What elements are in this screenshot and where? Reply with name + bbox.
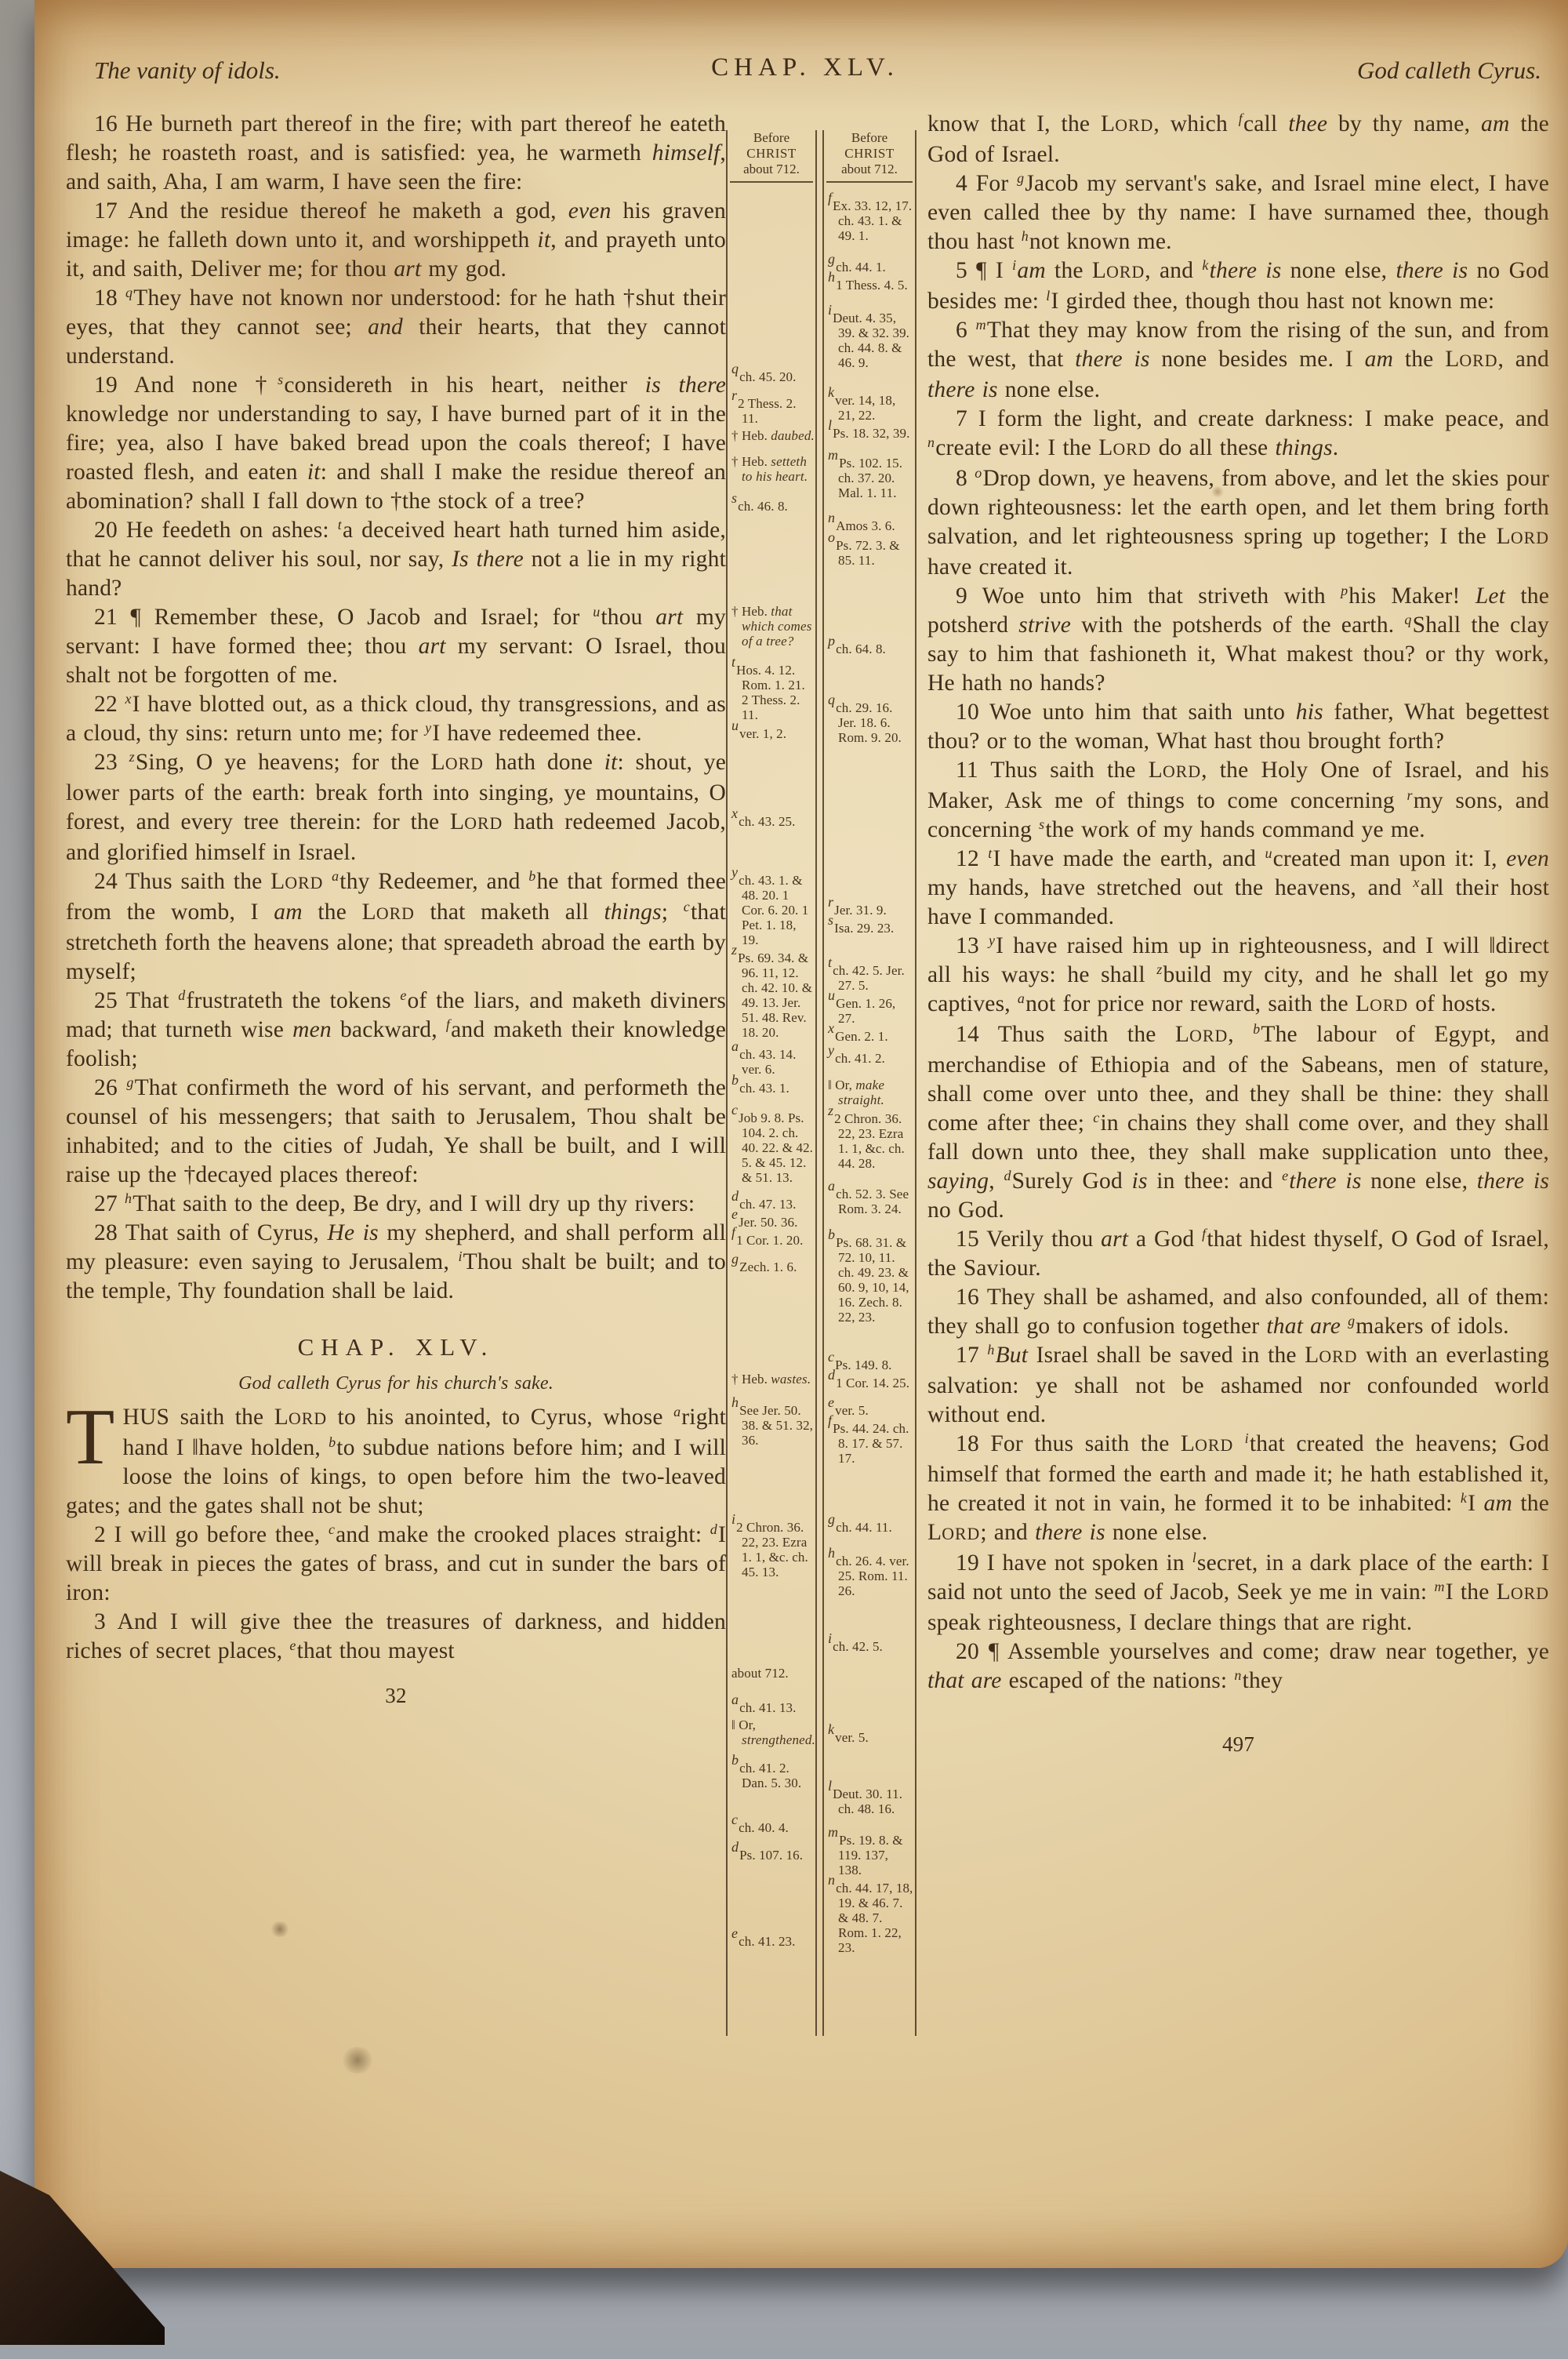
reference-letter: k <box>828 384 834 400</box>
margin-reference: nAmos 3. 6. <box>828 518 914 533</box>
reference-letter: y <box>989 932 995 948</box>
reference-letter: b <box>328 1434 336 1450</box>
verse: 14 Thus saith the LORD, bThe labour of E… <box>927 1020 1549 1225</box>
reference-letter: l <box>1046 288 1050 304</box>
reference-letter: d <box>731 1188 739 1204</box>
divine-name: LORD <box>1497 524 1549 549</box>
reference-letter: i <box>1245 1430 1249 1446</box>
verse: 8 oDrop down, ye heavens, from above, an… <box>927 464 1549 582</box>
verse: 5 ¶ I iam the LORD, and kthere is none e… <box>927 256 1549 316</box>
reference-letter: a <box>1018 990 1025 1006</box>
margin-reference: sch. 46. 8. <box>731 498 815 514</box>
verse: 21 ¶ Remember these, O Jacob and Israel;… <box>66 603 726 690</box>
margin-reference: tHos. 4. 12. Rom. 1. 21. 2 Thess. 2. 11. <box>731 662 815 722</box>
verse: 4 For gJacob my servant's sake, and Isra… <box>927 169 1549 256</box>
column-rule-double <box>815 130 824 2036</box>
margin-reference: † Heb. setteth to his heart. <box>731 454 815 484</box>
verse: 20 He feedeth on ashes: ta deceived hear… <box>66 516 726 603</box>
reference-letter: h <box>125 1190 132 1206</box>
reference-letter: u <box>1265 845 1272 861</box>
divine-name: LORD <box>1305 1343 1357 1368</box>
margin-reference: † Heb. that which comes of a tree? <box>731 604 815 649</box>
reference-letter: d <box>1004 1168 1011 1183</box>
divine-name: LORD <box>1092 258 1145 283</box>
reference-letter: h <box>828 1545 835 1561</box>
reference-letter: s <box>828 912 833 928</box>
margin-reference: kver. 5. <box>828 1729 914 1745</box>
margin-reference: sIsa. 29. 23. <box>828 920 914 936</box>
bible-page: The vanity of idols. CHAP. XLV. God call… <box>34 0 1568 2268</box>
margin-reference: uGen. 1. 26, 27. <box>828 995 914 1026</box>
margin-reference: f1 Cor. 1. 20. <box>731 1232 815 1248</box>
verse: 16 They shall be ashamed, and also confo… <box>927 1283 1549 1341</box>
margin-reference: uver. 1, 2. <box>731 725 815 741</box>
margin-reference: dch. 47. 13. <box>731 1196 815 1212</box>
reference-letter: r <box>828 894 833 910</box>
margin-reference: r2 Thess. 2. 11. <box>731 395 815 426</box>
margin-reference: pch. 64. 8. <box>828 641 914 656</box>
reference-letter: h <box>828 269 835 285</box>
margin-reference: ych. 43. 1. & 48. 20. 1 Cor. 6. 20. 1 Pe… <box>731 872 815 947</box>
margin-reference: † Heb. wastes. <box>731 1372 815 1387</box>
reference-letter: c <box>731 1812 738 1827</box>
verse: 18 For thus saith the LORD ithat created… <box>927 1430 1549 1549</box>
reference-letter: e <box>1282 1168 1288 1183</box>
divine-name: LORD <box>450 809 503 834</box>
reference-letter: l <box>828 1778 832 1794</box>
chapter-subtitle: God calleth Cyrus for his church's sake. <box>66 1369 726 1398</box>
reference-letter: z <box>731 942 737 958</box>
reference-letter: s <box>278 372 283 387</box>
reference-letter: p <box>1341 583 1348 598</box>
verse: 17 hBut Israel shall be saved in the LOR… <box>927 1341 1549 1430</box>
margin-reference: ever. 5. <box>828 1402 914 1418</box>
reference-letter: t <box>828 954 832 970</box>
reference-letter: z <box>828 1103 833 1118</box>
margin-reference: oPs. 72. 3. & 85. 11. <box>828 537 914 568</box>
reference-letter: g <box>828 251 835 267</box>
reference-letter: k <box>828 1721 834 1737</box>
reference-letter: r <box>1406 787 1412 803</box>
margin-reference: z2 Chron. 36. 22, 23. Ezra 1. 1, &c. ch.… <box>828 1110 914 1171</box>
divine-name: LORD <box>362 900 415 925</box>
reference-letter: x <box>1413 874 1419 890</box>
reference-letter: s <box>1039 816 1044 832</box>
isaiah-45-verses-start: THUS saith the LORD to his anointed, to … <box>66 1403 726 1666</box>
chapter-title: CHAP. XLV. <box>66 1332 726 1361</box>
book-spine-edge <box>0 0 39 2325</box>
margin-reference: gch. 44. 11. <box>828 1519 914 1535</box>
reference-letter: d <box>710 1521 717 1537</box>
left-text-column: 16 He burneth part thereof in the fire; … <box>66 110 726 2070</box>
margin-reference: ech. 41. 23. <box>731 1933 815 1949</box>
reference-letter: g <box>731 1251 739 1267</box>
reference-letter: x <box>731 805 738 821</box>
verse: 28 That saith of Cyrus, He is my shepher… <box>66 1219 726 1306</box>
verse: 20 ¶ Assemble yourselves and come; draw … <box>927 1637 1549 1696</box>
reference-letter: b <box>528 868 535 884</box>
verse: 25 That dfrustrateth the tokens eof the … <box>66 987 726 1074</box>
margin-reference: xch. 43. 25. <box>731 813 815 829</box>
margin-reference: qch. 29. 16. Jer. 18. 6. Rom. 9. 20. <box>828 700 914 745</box>
reference-letter: q <box>1404 612 1411 627</box>
reference-letter: h <box>731 1394 739 1410</box>
reference-letter: k <box>1461 1490 1467 1506</box>
reference-letter: f <box>828 1412 832 1428</box>
reference-letter: i <box>1012 257 1016 273</box>
verse: 2 I will go before thee, cand make the c… <box>66 1521 726 1608</box>
reference-letter: c <box>731 1102 738 1118</box>
page-number: 497 <box>927 1730 1549 1759</box>
margin-reference: ach. 52. 3. See Rom. 3. 24. <box>828 1186 914 1216</box>
reference-letter: i <box>731 1511 735 1527</box>
margin-reference: ach. 41. 13. <box>731 1699 815 1715</box>
reference-letter: c <box>828 1349 834 1365</box>
running-head: The vanity of idols. CHAP. XLV. God call… <box>66 56 1544 94</box>
verse: 26 gThat confirmeth the word of his serv… <box>66 1074 726 1190</box>
margin-reference: rJer. 31. 9. <box>828 902 914 918</box>
verse: 7 I form the light, and create darkness:… <box>927 405 1549 464</box>
reference-letter: n <box>1234 1667 1241 1683</box>
reference-letter: g <box>1017 170 1024 186</box>
reference-letter: p <box>828 633 835 649</box>
margin-reference: zPs. 69. 34. & 96. 11, 12. ch. 42. 10. &… <box>731 950 815 1040</box>
reference-letter: d <box>828 1367 835 1383</box>
margin-reference: ‖ Or, strengthened. <box>731 1717 815 1747</box>
signature-mark: 32 <box>66 1681 726 1710</box>
margin-reference: cch. 40. 4. <box>731 1819 815 1835</box>
margin-reference: tch. 42. 5. Jer. 27. 5. <box>828 962 914 993</box>
reference-letter: t <box>988 845 992 861</box>
reference-letter: q <box>731 361 739 376</box>
reference-letter: a <box>332 868 339 884</box>
reference-letter: y <box>828 1042 834 1058</box>
reference-letter: f <box>828 190 832 205</box>
margin-reference: lDeut. 30. 11. ch. 48. 16. <box>828 1786 914 1816</box>
divine-name: LORD <box>1149 758 1201 783</box>
margin-reference: fEx. 33. 12, 17. ch. 43. 1. & 49. 1. <box>828 198 914 243</box>
reference-letter: g <box>828 1511 835 1527</box>
margin-reference: ych. 41. 2. <box>828 1050 914 1066</box>
margin-reference: eJer. 50. 36. <box>731 1214 815 1230</box>
verse: 9 Woe unto him that striveth with phis M… <box>927 582 1549 698</box>
reference-letter: y <box>425 720 431 736</box>
reference-letter: o <box>828 529 835 545</box>
reference-letter: a <box>731 1038 739 1054</box>
verse: 15 Verily thou art a God fthat hidest th… <box>927 1225 1549 1283</box>
reference-letter: u <box>593 604 600 620</box>
verse: 27 hThat saith to the deep, Be dry, and … <box>66 1190 726 1219</box>
reference-letter: u <box>828 987 835 1003</box>
verse: 6 mThat they may know from the rising of… <box>927 316 1549 405</box>
margin-reference: nch. 44. 17, 18, 19. & 46. 7. & 48. 7. R… <box>828 1880 914 1955</box>
margin-reference: hch. 26. 4. ver. 25. Rom. 11. 26. <box>828 1553 914 1598</box>
reference-letter: m <box>976 317 986 333</box>
reference-letter: g <box>126 1074 133 1090</box>
divine-name: LORD <box>1101 111 1153 136</box>
isaiah-44-verses: 16 He burneth part thereof in the fire; … <box>66 110 726 1306</box>
reference-letter: e <box>400 987 406 1003</box>
verse: 17 And the residue thereof he maketh a g… <box>66 197 726 284</box>
divine-name: LORD <box>1175 1022 1228 1047</box>
reference-letter: k <box>1202 257 1208 273</box>
reference-letter: e <box>828 1394 834 1410</box>
reference-letter: h <box>987 1342 994 1358</box>
reference-letter: n <box>927 434 935 450</box>
reference-letter: f <box>446 1016 450 1032</box>
reference-letter: n <box>828 1872 835 1888</box>
chapter-heading: CHAP. XLV. God calleth Cyrus for his chu… <box>66 1332 726 1398</box>
margin-reference: d1 Cor. 14. 25. <box>828 1375 914 1390</box>
reference-letter: i <box>828 1630 832 1646</box>
margin-reference: cJob 9. 8. Ps. 104. 2. ch. 40. 22. & 42.… <box>731 1110 815 1185</box>
reference-letter: x <box>828 1020 834 1036</box>
verse: 22 xI have blotted out, as a thick cloud… <box>66 690 726 748</box>
margin-references-left: BeforeCHRISTabout 712.qch. 45. 20.r2 The… <box>728 110 815 2070</box>
reference-letter: f <box>1202 1226 1206 1241</box>
verse: 13 yI have raised him up in righteousnes… <box>927 932 1549 1020</box>
reference-letter: n <box>828 510 835 525</box>
margin-reference: qch. 45. 20. <box>731 369 815 384</box>
reference-letter: m <box>1434 1579 1444 1594</box>
verse: 19 I have not spoken in lsecret, in a da… <box>927 1549 1549 1637</box>
right-text-column: know that I, the LORD, which fcall thee … <box>916 110 1549 2070</box>
reference-letter: o <box>975 465 982 481</box>
reference-letter: y <box>731 864 738 880</box>
margin-reference: gch. 44. 1. <box>828 259 914 274</box>
margin-references-right: BeforeCHRISTabout 712.fEx. 33. 12, 17. c… <box>824 110 915 2070</box>
reference-letter: a <box>828 1178 835 1194</box>
margin-reference: mPs. 102. 15. ch. 37. 20. Mal. 1. 11. <box>828 455 914 500</box>
reference-letter: b <box>828 1227 835 1242</box>
reference-letter: d <box>731 1839 739 1855</box>
verse-continuation: know that I, the LORD, which fcall thee … <box>927 110 1549 169</box>
margin-reference: ‖ Or, make straight. <box>828 1078 914 1107</box>
divine-name: LORD <box>1445 347 1497 372</box>
verse: 10 Woe unto him that saith unto his fath… <box>927 698 1549 756</box>
divine-name: LORD <box>927 1520 980 1545</box>
reference-letter: t <box>338 517 342 533</box>
margin-reference: dPs. 107. 16. <box>731 1847 815 1863</box>
margin-reference: ach. 43. 14. ver. 6. <box>731 1046 815 1077</box>
reference-letter: m <box>828 1824 838 1840</box>
reference-letter: a <box>731 1692 739 1707</box>
margin-reference: gZech. 1. 6. <box>731 1259 815 1274</box>
reference-letter: f <box>731 1224 735 1240</box>
verse: THUS saith the LORD to his anointed, to … <box>66 1403 726 1521</box>
reference-letter: d <box>178 987 185 1003</box>
reference-letter: t <box>731 654 735 670</box>
reference-letter: r <box>731 387 737 403</box>
reference-letter: b <box>1253 1021 1260 1037</box>
verse: 19 And none †sconsidereth in his heart, … <box>66 371 726 516</box>
divine-name: LORD <box>431 750 484 775</box>
reference-letter: x <box>125 691 131 707</box>
divine-name: LORD <box>1181 1431 1233 1456</box>
reference-letter: f <box>1239 111 1243 126</box>
margin-reference: ich. 42. 5. <box>828 1638 914 1654</box>
divine-name: LORD <box>270 869 323 894</box>
verse: 16 He burneth part thereof in the fire; … <box>66 110 726 197</box>
verse: 3 And I will give thee the treasures of … <box>66 1608 726 1666</box>
verse: 12 tI have made the earth, and ucreated … <box>927 845 1549 932</box>
reference-letter: c <box>1093 1110 1099 1125</box>
margin-reference: i2 Chron. 36. 22, 23. Ezra 1. 1, &c. ch.… <box>731 1519 815 1579</box>
reference-letter: l <box>828 417 832 433</box>
margin-reference: cPs. 149. 8. <box>828 1357 914 1372</box>
photo-scene: The vanity of idols. CHAP. XLV. God call… <box>0 0 1568 2359</box>
before-christ-header: BeforeCHRISTabout 712. <box>826 130 913 183</box>
page-content: 16 He burneth part thereof in the fire; … <box>66 110 1549 2070</box>
reference-letter: b <box>731 1072 739 1088</box>
reference-letter: q <box>125 285 132 300</box>
margin-reference: about 712. <box>731 1666 815 1681</box>
verse: 11 Thus saith the LORD, the Holy One of … <box>927 756 1549 845</box>
reference-letter: z <box>129 749 135 765</box>
reference-letter: z <box>1156 961 1162 977</box>
verse: 23 zSing, O ye heavens; for the LORD hat… <box>66 748 726 867</box>
margin-reference: h1 Thess. 4. 5. <box>828 277 914 293</box>
reference-letter: g <box>1348 1313 1355 1329</box>
margin-reference: fPs. 44. 24. ch. 8. 17. & 57. 17. <box>828 1420 914 1466</box>
reference-letter: c <box>328 1521 335 1537</box>
before-christ-header: BeforeCHRISTabout 712. <box>730 130 813 183</box>
verse: 24 Thus saith the LORD athy Redeemer, an… <box>66 867 726 987</box>
running-head-right: God calleth Cyrus. <box>1357 56 1541 85</box>
divine-name: LORD <box>1497 1579 1549 1605</box>
divine-name: LORD <box>1098 435 1151 460</box>
margin-reference: xGen. 2. 1. <box>828 1028 914 1044</box>
margin-reference: iDeut. 4. 35, 39. & 32. 39. ch. 44. 8. &… <box>828 310 914 370</box>
margin-reference: mPs. 19. 8. & 119. 137, 138. <box>828 1832 914 1877</box>
reference-letter: l <box>1192 1550 1196 1565</box>
reference-letter: e <box>731 1925 738 1941</box>
reference-letter: s <box>731 490 737 506</box>
reference-letter: i <box>828 302 832 318</box>
reference-letter: i <box>458 1249 462 1264</box>
reference-letter: h <box>1022 228 1029 244</box>
divine-name: LORD <box>1356 991 1408 1016</box>
margin-reference: lPs. 18. 32, 39. <box>828 425 914 441</box>
reference-letter: b <box>731 1752 739 1768</box>
margin-reference: † Heb. daubed. <box>731 428 815 443</box>
margin-reference: kver. 14, 18, 21, 22. <box>828 392 914 423</box>
margin-reference: bch. 43. 1. <box>731 1080 815 1096</box>
reference-letter: m <box>828 447 838 463</box>
margin-reference: hSee Jer. 50. 38. & 51. 32, 36. <box>731 1402 815 1448</box>
reference-letter: a <box>673 1404 681 1419</box>
reference-letter: q <box>828 692 835 707</box>
reference-letter: c <box>684 899 690 914</box>
reference-letter: u <box>731 718 739 733</box>
reference-letter: e <box>289 1637 296 1653</box>
verse: 18 qThey have not known nor understood: … <box>66 284 726 371</box>
drop-cap: T <box>66 1403 123 1467</box>
reference-letter: e <box>731 1206 738 1222</box>
margin-reference: bPs. 68. 31. & 72. 10, 11. ch. 49. 23. &… <box>828 1234 914 1325</box>
margin-reference: bch. 41. 2. Dan. 5. 30. <box>731 1760 815 1790</box>
running-head-center: CHAP. XLV. <box>66 53 1544 82</box>
isaiah-45-verses: know that I, the LORD, which fcall thee … <box>927 110 1549 1696</box>
divine-name: LORD <box>274 1405 327 1430</box>
